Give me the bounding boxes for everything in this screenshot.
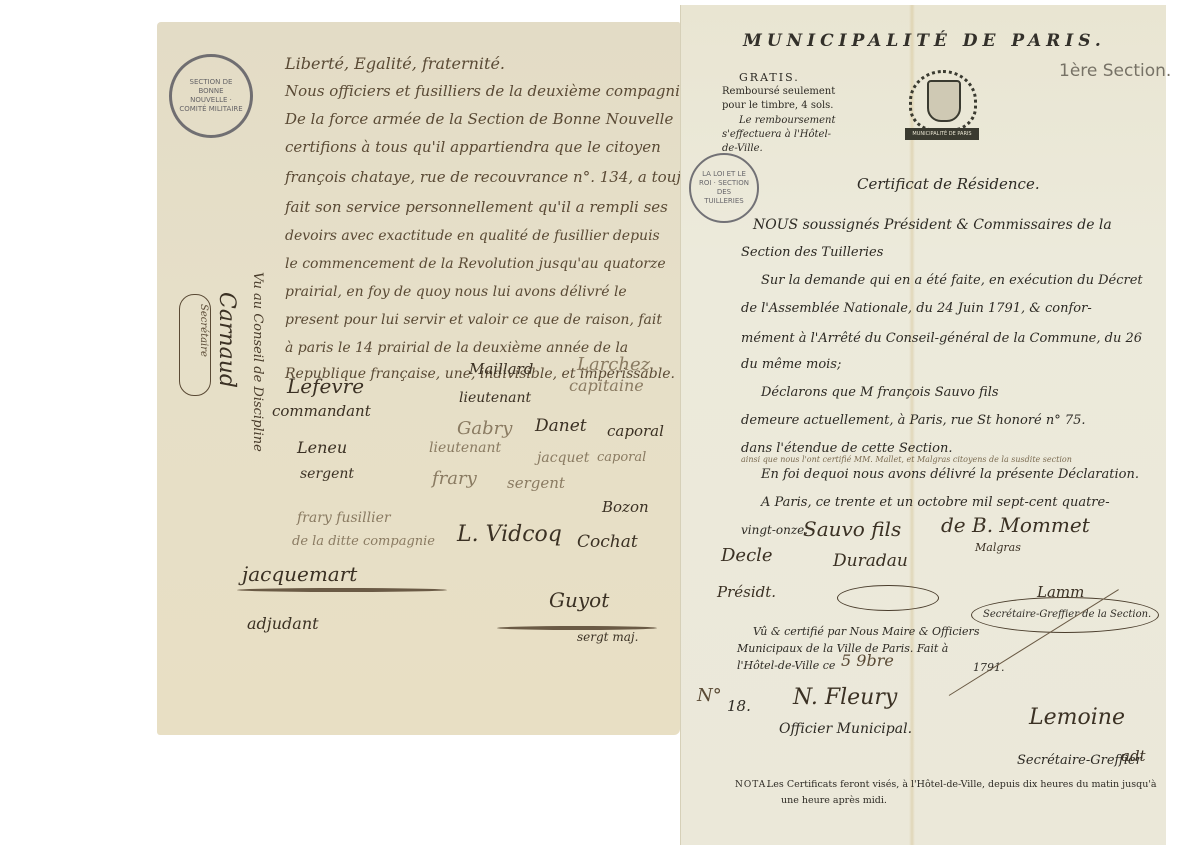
gratis-line-2: pour le timbre, 4 sols. [722,100,833,111]
signature-jacquemart: jacquemart [242,562,357,586]
body-line-4: françois chataye, rue de recouvrance n°.… [285,168,715,186]
margin-vertical-note: Vu au Conseil de Discipline [250,272,265,452]
signature-larchez: Larchez [577,354,650,375]
signature-vidcoq: L. Vidcoq [457,522,562,547]
signature-decle: Decle [721,545,773,566]
signature-maillard-title: lieutenant [459,390,531,406]
body-line-9: present pour lui servir et valoir ce que… [285,312,662,328]
body-line-5: fait son service personnellement qu'il a… [285,198,668,216]
signature-frary: frary [432,468,477,489]
signature-maillard: Maillard [469,360,533,378]
cert-line-8-address: demeure actuellement, à Paris, rue St ho… [741,413,1086,428]
right-document-page: MUNICIPALITÉ DE PARIS. 1ère Section. GRA… [680,5,1166,845]
cert-line-9: dans l'étendue de cette Section. [741,441,952,456]
signature-guyot: Guyot [549,588,609,612]
paris-coat-of-arms-emblem: MUNICIPALITÉ DE PARIS [905,60,979,145]
certificate-number-label: N° [697,685,722,706]
officer-municipal-title: Officier Municipal. [779,721,912,737]
gratis-title: GRATIS. [739,71,800,84]
greffier-suffix: adt [1121,747,1146,765]
emblem-caption: MUNICIPALITÉ DE PARIS [905,128,979,140]
certificate-title: Certificat de Résidence. [857,175,1040,193]
stamp-text: SECTION DE BONNE NOUVELLE · COMITÉ MILIT… [179,78,243,114]
cert-line-4: de l'Assemblée Nationale, du 24 Juin 179… [741,301,1092,316]
cert-line-10: En foi dequoi nous avons délivré la prés… [761,467,1139,482]
heading-motto: Liberté, Egalité, fraternité. [285,54,505,73]
signature-lefevre-title: commandant [272,402,371,420]
emblem-shield [927,80,961,122]
signature-lemoine: Lemoine [1029,705,1125,730]
jacquemart-flourish [237,588,447,592]
gratis-line-4: s'effectuera à l'Hôtel- [722,129,831,140]
signature-danet: Danet [535,416,587,436]
signature-frary-title: sergent [507,474,565,492]
cert-line-12: vingt-onze. [741,523,808,537]
signature-mommet: de B. Mommet [941,513,1090,537]
signature-bozon: Bozon [602,498,649,516]
gratis-line-1: Remboursé seulement [722,86,835,97]
signature-sauvo-fils: Sauvo fils [803,517,901,541]
signature-jacquet-title: caporal [597,450,646,465]
margin-flourish [179,294,211,396]
section-greffier-title: Secrétaire-Greffier de la Section. [983,609,1151,620]
nota-line-2: une heure après midi. [781,795,887,806]
certificate-number-value: 18. [727,697,751,715]
signature-jacquemart-title: adjudant [247,614,319,633]
signature-fleury: N. Fleury [793,685,897,710]
signature-leneu-title: sergent [300,466,354,482]
signature-cochat: Cochat [577,532,638,552]
body-line-8: prairial, en foy de quoy nous lui avons … [285,284,627,300]
cert-line-5: mément à l'Arrêté du Conseil-général de … [741,331,1142,346]
signature-lefevre: Lefevre [287,374,364,398]
signature-jacquet: jacquet [537,450,589,466]
signature-frary-fusillier: frary fusillier [297,510,391,526]
visa-line-1: Vû & certifié par Nous Maire & Officiers [753,625,979,638]
section-bonne-nouvelle-stamp: SECTION DE BONNE NOUVELLE · COMITÉ MILIT… [169,54,253,138]
pencil-section-note: 1ère Section. [1059,61,1171,81]
left-document-page: SECTION DE BONNE NOUVELLE · COMITÉ MILIT… [157,22,680,735]
visa-line-3: l'Hôtel-de-Ville ce [737,659,835,672]
signature-larchez-title: capitaine [569,376,644,395]
body-line-2: De la force armée de la Section de Bonne… [285,110,673,128]
body-line-3: certifions à tous qu'il appartiendra que… [285,138,661,156]
duradau-flourish [837,585,939,611]
signature-gabry: Gabry [457,418,512,439]
signature-gabry-title: lieutenant [429,440,501,456]
cert-line-11-date: A Paris, ce trente et un octobre mil sep… [761,495,1110,510]
cert-line-7-declaration: Déclarons que M françois Sauvo fils [761,385,999,400]
nota-line-1: Les Certificats feront visés, à l'Hôtel-… [767,779,1157,790]
signature-decle-title: Présidt. [717,583,776,601]
municipality-header: MUNICIPALITÉ DE PARIS. [743,31,1106,51]
section-tuilleries-stamp: LA LOI ET LE ROI · SECTION DES TUILLERIE… [689,153,759,223]
visa-date-handwritten: 5 9bre [841,651,894,670]
nota-label: NOTA. [735,780,770,790]
cert-line-2: Section des Tuilleries [741,245,883,260]
signature-duradau: Duradau [833,551,908,571]
body-line-6: devoirs avec exactitude en qualité de fu… [285,228,660,244]
margin-signature: Carnaud [214,292,239,388]
body-line-1: Nous officiers et fusilliers de la deuxi… [285,82,689,100]
signature-danet-title: caporal [607,422,664,440]
gratis-line-3: Le remboursement [739,115,835,126]
cert-line-3: Sur la demande qui en a été faite, en ex… [761,273,1143,288]
stamp-text: LA LOI ET LE ROI · SECTION DES TUILLERIE… [697,170,751,206]
cert-line-1: NOUS soussignés Président & Commissaires… [753,217,1112,233]
inline-annotation: ainsi que nous l'ont certifié MM. Mallet… [741,455,1072,464]
signature-guyot-title: sergt maj. [577,630,638,644]
body-line-7: le commencement de la Revolution jusqu'a… [285,256,666,272]
signature-frary-fusillier-title: de la ditte compagnie [292,534,435,549]
signature-malgras: Malgras [975,541,1021,554]
signature-leneu: Leneu [297,438,347,457]
cert-line-6: du même mois; [741,357,841,372]
